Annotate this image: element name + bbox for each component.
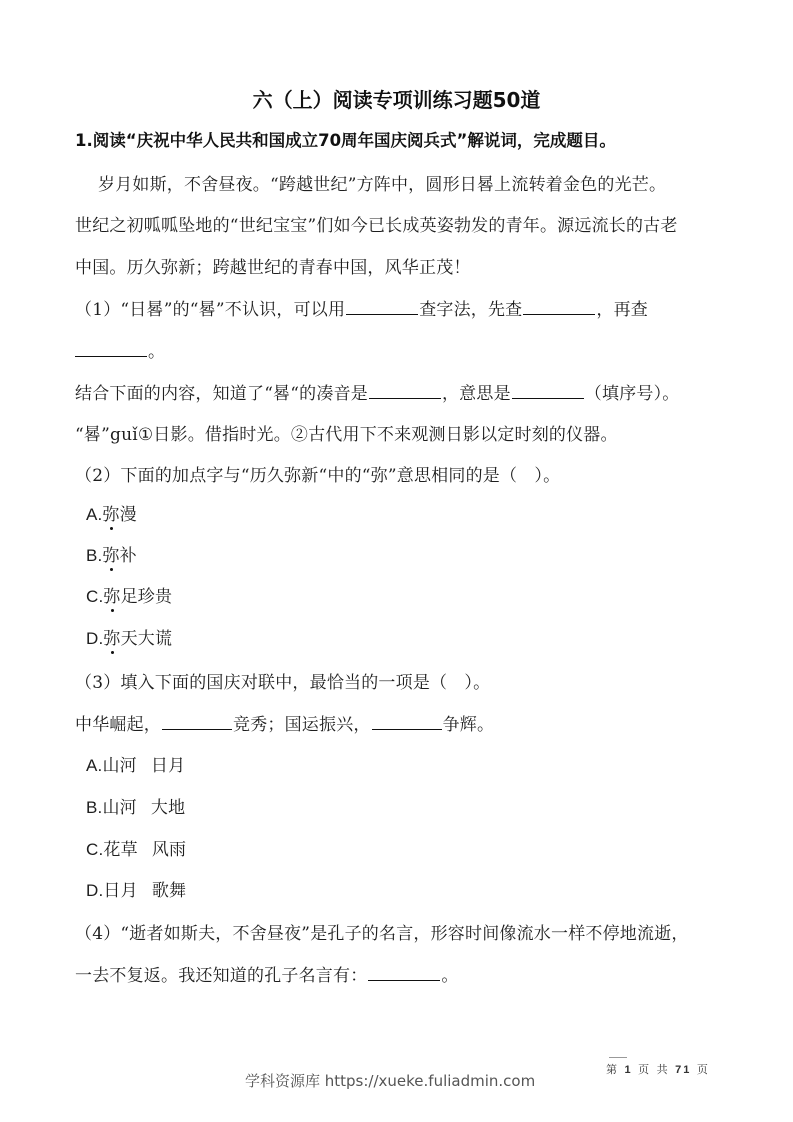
option-second: 大地 — [151, 798, 185, 818]
text: （1）“日晷”的“晷”不认识，可以用 — [75, 300, 345, 320]
option-first: 山河 — [102, 798, 136, 818]
answer-blank[interactable] — [346, 297, 418, 315]
dotted-char: 弥 — [103, 582, 120, 607]
page-mid: 页 共 — [638, 1063, 670, 1076]
couplet-line: 中华崛起，竞秀；国运振兴，争辉。 — [75, 710, 494, 735]
option-text: 补 — [120, 546, 137, 566]
option-text: 天大谎 — [121, 629, 173, 649]
passage-line-1: 岁月如斯，不舍昼夜。“跨越世纪”方阵中，圆形日晷上流转着金色的光芒。 — [98, 170, 666, 195]
passage-line-3: 中国。历久弥新；跨越世纪的青春中国，风华正茂！ — [75, 253, 471, 278]
dotted-char: 弥 — [102, 541, 119, 566]
text: 中华崛起， — [75, 715, 161, 735]
answer-blank[interactable] — [512, 381, 584, 399]
sub-question-4-line-2: 一去不复返。我还知道的孔子名言有：。 — [75, 961, 459, 986]
option-a[interactable]: A.弥漫 — [86, 500, 137, 525]
dotted-char: 弥 — [103, 624, 120, 649]
option-letter: D. — [86, 629, 103, 648]
option-b[interactable]: B.山河大地 — [86, 793, 185, 818]
page-prefix: 第 — [606, 1063, 619, 1076]
option-second: 日月 — [151, 756, 185, 776]
text: ，意思是 — [442, 384, 511, 404]
passage-line-2: 世纪之初呱呱坠地的“世纪宝宝”们如今已长成英姿勃发的青年。源远流长的古老 — [75, 211, 678, 236]
answer-blank[interactable] — [368, 963, 440, 981]
sub-question-1-line-2: 。 — [75, 337, 165, 362]
option-letter: D. — [86, 881, 103, 900]
sub-question-3-prompt: （3）填入下面的国庆对联中，最恰当的一项是（ ）。 — [75, 668, 490, 693]
option-c[interactable]: C.弥足珍贵 — [86, 582, 172, 607]
text: 查字法，先查 — [419, 300, 522, 320]
watermark: 学科资源库 https://xueke.fuliadmin.com — [245, 1070, 535, 1091]
sub-question-4-line-1: （4）“逝者如斯夫，不舍昼夜”是孔子的名言，形容时间像流水一样不停地流逝， — [75, 919, 689, 944]
option-letter: C. — [86, 587, 103, 606]
page-total: 71 — [675, 1064, 691, 1076]
sub-question-2-prompt: （2）下面的加点字与“历久弥新“中的“弥”意思相同的是（ ）。 — [75, 461, 560, 486]
page-number: 第 1 页 共 71 页 — [606, 1061, 710, 1077]
text: 一去不复返。我还知道的孔子名言有： — [75, 966, 367, 986]
option-first: 花草 — [103, 840, 137, 860]
option-d[interactable]: D.弥天大谎 — [86, 624, 172, 649]
option-letter: A. — [86, 505, 102, 524]
option-letter: C. — [86, 840, 103, 859]
answer-blank[interactable] — [75, 339, 147, 357]
page-current: 1 — [625, 1064, 633, 1076]
text: 。 — [441, 966, 458, 986]
option-text: 足珍贵 — [121, 587, 173, 607]
dotted-char: 弥 — [102, 500, 119, 525]
answer-blank[interactable] — [372, 712, 442, 730]
text: ，再查 — [596, 300, 648, 320]
option-a[interactable]: A.山河日月 — [86, 751, 185, 776]
option-text: 漫 — [120, 505, 137, 525]
dictionary-definition: “晷”guǐ①日影。借指时光。②古代用下不来观测日影以定时刻的仪器。 — [75, 420, 618, 445]
answer-blank[interactable] — [369, 381, 441, 399]
sub-question-1-line-1: （1）“日晷”的“晷”不认识，可以用查字法，先查，再查 — [75, 295, 648, 320]
option-letter: A. — [86, 756, 102, 775]
option-letter: B. — [86, 546, 102, 565]
question-1-heading: 1.阅读“庆祝中华人民共和国成立70周年国庆阅兵式”解说词，完成题目。 — [75, 127, 616, 151]
option-second: 歌舞 — [152, 881, 186, 901]
answer-blank[interactable] — [162, 712, 232, 730]
option-d[interactable]: D.日月歌舞 — [86, 876, 186, 901]
text: 。 — [148, 342, 165, 362]
option-second: 风雨 — [152, 840, 186, 860]
text: 结合下面的内容，知道了“晷“的凑音是 — [75, 384, 368, 404]
text: （填序号）。 — [585, 384, 680, 404]
answer-blank[interactable] — [523, 297, 595, 315]
option-c[interactable]: C.花草风雨 — [86, 835, 186, 860]
page-suffix: 页 — [697, 1063, 710, 1076]
option-letter: B. — [86, 798, 102, 817]
sub-question-1-line-3: 结合下面的内容，知道了“晷“的凑音是，意思是（填序号）。 — [75, 379, 680, 404]
text: 争辉。 — [443, 715, 495, 735]
option-b[interactable]: B.弥补 — [86, 541, 137, 566]
footer-rule — [609, 1057, 627, 1058]
text: 竞秀；国运振兴， — [233, 715, 371, 735]
option-first: 日月 — [103, 881, 137, 901]
page-title: 六（上）阅读专项训练习题50道 — [0, 84, 793, 113]
option-first: 山河 — [102, 756, 136, 776]
